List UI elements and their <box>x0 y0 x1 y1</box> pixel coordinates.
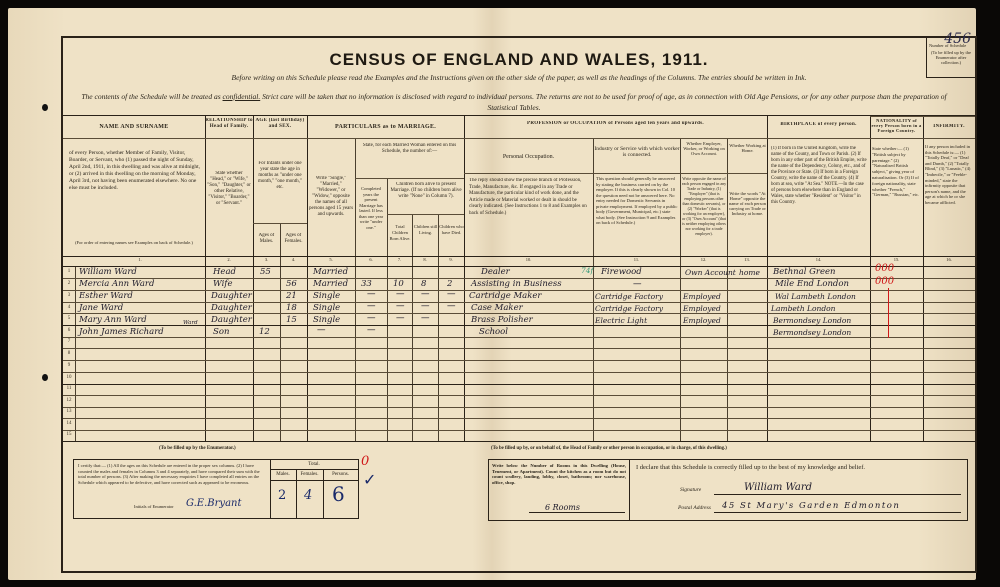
occupation: Dealer <box>481 267 510 277</box>
footer-section: (To be filled up by the Enumerator.) I c… <box>63 440 975 571</box>
birthplace: Wal Lambeth London <box>775 292 856 301</box>
census-table: NAME AND SURNAME of every Person, whethe… <box>63 115 975 442</box>
birthplace: Mile End London <box>775 279 849 289</box>
declaration-text: I declare that this Schedule is correctl… <box>636 464 865 471</box>
industry: Cartridge Factory <box>595 292 663 301</box>
person-name: Mercia Ann Ward <box>79 279 154 289</box>
age-male: 12 <box>259 327 270 337</box>
header-marriage: PARTICULARS as to MARRIAGE. <box>307 124 464 130</box>
age-female: 18 <box>286 303 297 313</box>
still-living: 8 <box>421 279 426 289</box>
header-industry: Industry or Service with which worker is… <box>594 146 680 158</box>
header-relationship: RELATIONSHIP to Head of Family. <box>205 118 253 129</box>
industry: — <box>633 279 642 289</box>
marital-status: Married <box>313 267 348 277</box>
enumerator-certification: I certify that:— (1) All the ages on thi… <box>78 463 268 485</box>
header-age-females: Ages of Females. <box>280 233 307 245</box>
marital-status: Married <box>313 279 348 289</box>
header-name: NAME AND SURNAME <box>63 124 205 130</box>
declaration-box: I declare that this Schedule is correctl… <box>628 459 968 521</box>
red-mark: 0 <box>361 454 369 469</box>
occupation: Case Maker <box>471 303 523 313</box>
birthplace: Bethnal Green <box>773 267 836 277</box>
age-male: 55 <box>260 267 271 277</box>
header-children-born: Children born alive to present Marriage.… <box>389 182 463 200</box>
relationship: Wife <box>213 279 232 289</box>
employer-status: Own Account <box>685 268 736 277</box>
employer-status: Employed <box>683 292 721 301</box>
header-nationality: NATIONALITY of every Person born in a Fo… <box>870 118 923 133</box>
header-occupation: PROFESSION or OCCUPATION of Persons aged… <box>464 121 767 127</box>
marital-status: Single <box>313 303 340 313</box>
rooms-instruction: Write below the Number of Rooms in this … <box>492 463 626 485</box>
rooms-box: Write below the Number of Rooms in this … <box>488 459 630 521</box>
header-infirmity-desc: If any person included in this Schedule … <box>925 144 973 206</box>
header-at-home: Whether Working at Home. <box>728 143 767 153</box>
header-relationship-desc: State whether "Head," or "Wife," "Son," … <box>207 171 251 207</box>
occupation: Cartridge Maker <box>469 291 541 301</box>
enumerator-section-title: (To be filled up by the Enumerator.) <box>159 446 236 451</box>
occupation-code: 74f <box>581 266 593 275</box>
birthplace: Lambeth London <box>771 304 836 313</box>
person-name: Jane Ward <box>79 303 123 313</box>
enumerator-initials: G.E.Bryant <box>186 498 242 509</box>
occupation: Assisting in Business <box>471 279 562 289</box>
header-employer: Whether Employer, Worker, or Working on … <box>681 141 727 156</box>
name-note: Ward <box>183 320 198 326</box>
header-birthplace: BIRTHPLACE of every person. <box>767 122 870 128</box>
header-name-desc: of every Person, whether Member of Famil… <box>69 150 201 192</box>
schedule-number: 456 <box>944 37 971 42</box>
header-personal-occupation-desc: The reply should show the precise branch… <box>469 178 589 217</box>
industry: Electric Light <box>595 316 647 325</box>
relationship: Daughter <box>211 303 252 313</box>
at-home: home <box>739 268 760 277</box>
header-age: AGE (last Birthday) and SEX. <box>253 118 307 129</box>
schedule-frame: CENSUS OF ENGLAND AND WALES, 1911. Befor… <box>61 36 977 573</box>
birthplace: Bermondsey London <box>773 316 851 325</box>
instructions-line: Before writing on this Schedule please r… <box>63 73 975 82</box>
header-married-woman: State, for each Married Woman entered on… <box>357 143 462 155</box>
header-have-died: Children who have Died. <box>439 224 464 236</box>
header-nationality-desc: State whether:— (1) "British subject by … <box>872 146 922 198</box>
header-birthplace-desc: (1) If born in the United Kingdom, write… <box>771 146 867 206</box>
header-years-married: Completed years the present Marriage has… <box>356 186 386 230</box>
total-males: 2 <box>278 488 286 503</box>
signature: William Ward <box>744 482 812 493</box>
schedule-number-box: Number of Schedule (To be filled up by t… <box>926 38 975 78</box>
header-age-males: Ages of Males. <box>253 233 280 245</box>
employer-status: Employed <box>683 304 721 313</box>
relationship: Head <box>213 267 236 277</box>
marital-status: Single <box>313 291 340 301</box>
occupation: Brass Polisher <box>471 315 533 325</box>
enumerator-box: I certify that:— (1) All the ages on thi… <box>73 459 359 519</box>
red-annotation-line <box>888 288 889 338</box>
red-annotation: 000 <box>875 263 894 274</box>
occupation: School <box>479 327 508 337</box>
age-female: 15 <box>286 315 297 325</box>
header-industry-desc: This question should generally be answer… <box>596 176 678 226</box>
header-still-living: Children still Living. <box>413 224 438 236</box>
person-name: John James Richard <box>79 327 164 337</box>
age-female: 56 <box>286 279 297 289</box>
red-annotation: 000 <box>875 276 894 287</box>
person-name: Mary Ann Ward <box>79 315 147 325</box>
rooms-count: 6 Rooms <box>545 503 580 512</box>
marital-status: Single <box>313 315 340 325</box>
person-name: Esther Ward <box>79 291 133 301</box>
census-schedule-paper: CENSUS OF ENGLAND AND WALES, 1911. Befor… <box>8 8 976 580</box>
age-female: 21 <box>286 291 297 301</box>
confidentiality-notice: The contents of the Schedule will be tre… <box>69 91 959 113</box>
industry: Cartridge Factory <box>595 304 663 313</box>
page-title: CENSUS OF ENGLAND AND WALES, 1911. <box>63 50 975 70</box>
household-section-title: (To be filled up by, or on behalf of, th… <box>491 446 727 451</box>
years-married: 33 <box>361 279 372 289</box>
header-marital-desc: Write "Single," "Married," "Widower," or… <box>309 176 353 218</box>
header-personal-occupation: Personal Occupation. <box>464 154 593 160</box>
header-employer-desc: Write opposite the name of each person e… <box>681 176 727 236</box>
header-name-note: (For order of entering names see Example… <box>67 240 201 246</box>
header-infirmity: INFIRMITY. <box>923 124 975 130</box>
postal-address: 45 St Mary's Garden Edmonton <box>722 501 900 511</box>
person-name: William Ward <box>79 267 137 277</box>
check-mark-icon: ✓ <box>363 470 376 489</box>
total-females: 4 <box>304 488 312 503</box>
punch-hole <box>42 374 48 381</box>
total-persons: 6 <box>332 482 345 506</box>
header-at-home-desc: Write the words "At Home" opposite the n… <box>728 191 767 216</box>
relationship: Daughter <box>211 315 252 325</box>
employer-status: Employed <box>683 316 721 325</box>
industry: Firewood <box>601 267 642 277</box>
have-died: 2 <box>447 279 452 289</box>
header-age-desc: For Infants under one year state the age… <box>255 161 305 191</box>
relationship: Daughter <box>211 291 252 301</box>
total-born: 10 <box>393 279 404 289</box>
relationship: Son <box>213 327 229 337</box>
punch-hole <box>42 104 48 111</box>
header-total-born: Total Children Born Alive. <box>388 224 412 242</box>
birthplace: Bermondsey London <box>773 328 851 337</box>
